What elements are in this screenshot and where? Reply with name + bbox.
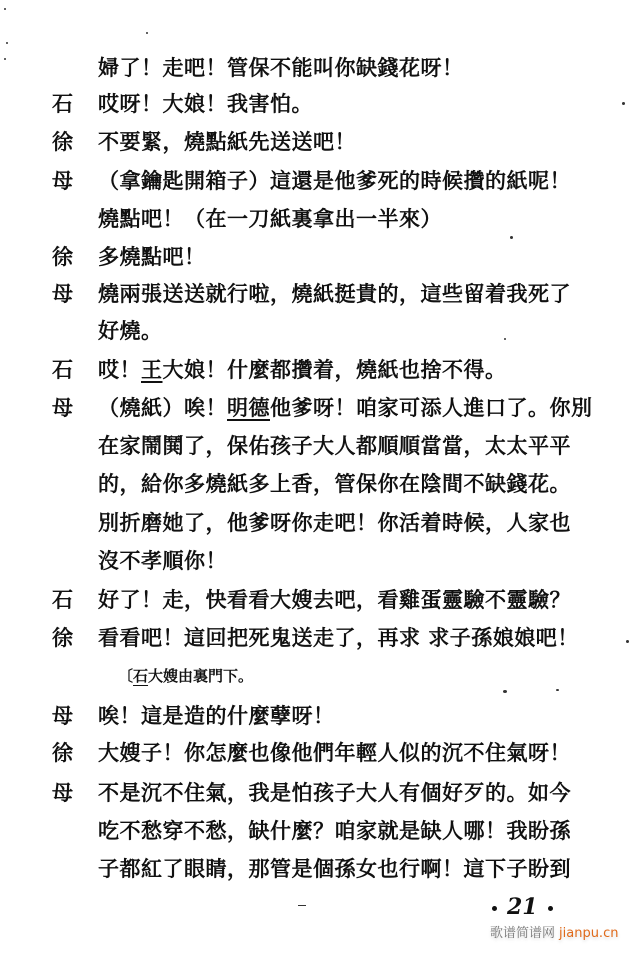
- dialogue-text: 沒不孝順你！: [98, 543, 227, 579]
- dialogue-text: 吃不愁穿不愁，缺什麼？咱家就是缺人哪！我盼孫: [98, 813, 571, 849]
- speaker-label: 石: [52, 352, 73, 388]
- text-line: 石 好了！走，快看看大嫂去吧，看雞蛋靈驗不靈驗？: [0, 582, 640, 618]
- dialogue-text: 燒兩張送送就行啦，燒紙挺貴的，這些留着我死了: [98, 276, 571, 312]
- text-line: 徐 大嫂子！你怎麼也像他們年輕人似的沉不住氣呀！: [0, 735, 640, 771]
- speaker-label: 母: [52, 163, 73, 199]
- speaker-label: 徐: [52, 124, 73, 160]
- text-line: 在家鬧鬨了，保佑孩子大人都順順當當，太太平平: [0, 428, 640, 464]
- text-line: 沒不孝順你！: [0, 543, 640, 579]
- dialogue-text: 哎！王大娘！什麼都攢着，燒紙也捨不得。: [98, 352, 507, 388]
- speaker-label: 徐: [52, 620, 73, 656]
- watermark: 歌谱简谱网jianpu.cn: [490, 922, 618, 941]
- dialogue-text: 不要緊，燒點紙先送送吧！: [98, 124, 356, 160]
- stage-direction-line: 〔石大嫂由裏門下。: [0, 658, 640, 694]
- dialogue-text: 好了！走，快看看大嫂去吧，看雞蛋靈驗不靈驗？: [98, 582, 571, 618]
- text-line: 石 哎！王大娘！什麼都攢着，燒紙也捨不得。: [0, 352, 640, 388]
- dialogue-text: 子都紅了眼睛，那管是個孫女也行啊！這下子盼到: [98, 851, 571, 887]
- speaker-label: 石: [52, 86, 73, 122]
- text-line: 母 唉！這是造的什麼孽呀！: [0, 698, 640, 734]
- text-segment: 大嫂由裏門下。: [148, 667, 253, 685]
- page-number: 21: [482, 894, 563, 920]
- speaker-label: 母: [52, 276, 73, 312]
- bullet-dot: [548, 906, 553, 911]
- text-segment: 哎！: [98, 357, 141, 382]
- dialogue-text: 別折磨她了，他爹呀你走吧！你活着時候，人家也: [98, 505, 571, 541]
- dialogue-text: 婦了！走吧！管保不能叫你缺錢花呀！: [98, 50, 464, 86]
- speaker-label: 母: [52, 698, 73, 734]
- text-line: 徐 看看吧！這回把死鬼送走了，再求 求子孫娘娘吧！: [0, 620, 640, 656]
- text-line: 徐 多燒點吧！: [0, 239, 640, 275]
- text-segment: 大娘！什麼都攢着，燒紙也捨不得。: [163, 357, 507, 382]
- text-line: 燒點吧！（在一刀紙裏拿出一半來）: [0, 201, 640, 237]
- dialogue-text: 不是沉不住氣，我是怕孩子大人有個好歹的。如今: [98, 775, 571, 811]
- dialogue-text: 唉！這是造的什麼孽呀！: [98, 698, 335, 734]
- text-line: 石 哎呀！大娘！我害怕。: [0, 86, 640, 122]
- text-line: 母 燒兩張送送就行啦，燒紙挺貴的，這些留着我死了: [0, 276, 640, 312]
- text-line: 母 （拿鑰匙開箱子）這還是他爹死的時候攢的紙呢！: [0, 163, 640, 199]
- speaker-label: 石: [52, 582, 73, 618]
- dialogue-text: 大嫂子！你怎麼也像他們年輕人似的沉不住氣呀！: [98, 735, 571, 771]
- bracket: 〔: [118, 667, 133, 685]
- text-line: 母 不是沉不住氣，我是怕孩子大人有個好歹的。如今: [0, 775, 640, 811]
- underlined-name: 明德: [227, 395, 270, 420]
- text-line: 的，給你多燒紙多上香，管保你在陰間不缺錢花。: [0, 466, 640, 502]
- stage-direction: 〔石大嫂由裏門下。: [118, 662, 253, 690]
- dialogue-text: 哎呀！大娘！我害怕。: [98, 86, 313, 122]
- speaker-label: 母: [52, 390, 73, 426]
- dialogue-text: 在家鬧鬨了，保佑孩子大人都順順當當，太太平平: [98, 428, 571, 464]
- page-number-value: 21: [507, 894, 538, 920]
- speaker-label: 徐: [52, 239, 73, 275]
- text-line: 別折磨她了，他爹呀你走吧！你活着時候，人家也: [0, 505, 640, 541]
- text-line: 婦了！走吧！管保不能叫你缺錢花呀！: [0, 50, 640, 86]
- underlined-name: 石: [133, 667, 148, 685]
- text-line: 母 （燒紙）唉！明德他爹呀！咱家可添人進口了。你別: [0, 390, 640, 426]
- text-segment: 他爹呀！咱家可添人進口了。你別: [270, 395, 593, 420]
- dialogue-text: 燒點吧！（在一刀紙裏拿出一半來）: [98, 201, 442, 237]
- text-segment: （燒紙）唉！: [98, 395, 227, 420]
- bullet-dot: [492, 906, 497, 911]
- watermark-site-name: 歌谱简谱网: [490, 926, 555, 941]
- watermark-url: jianpu.cn: [559, 926, 618, 941]
- dialogue-text: （燒紙）唉！明德他爹呀！咱家可添人進口了。你別: [98, 390, 593, 426]
- text-line: 子都紅了眼睛，那管是個孫女也行啊！這下子盼到: [0, 851, 640, 887]
- text-line: 徐 不要緊，燒點紙先送送吧！: [0, 124, 640, 160]
- dialogue-text: 看看吧！這回把死鬼送走了，再求 求子孫娘娘吧！: [98, 620, 579, 656]
- text-line: 吃不愁穿不愁，缺什麼？咱家就是缺人哪！我盼孫: [0, 813, 640, 849]
- dialogue-text: （拿鑰匙開箱子）這還是他爹死的時候攢的紙呢！: [98, 163, 571, 199]
- dialogue-text: 多燒點吧！: [98, 239, 206, 275]
- dialogue-text: 好燒。: [98, 313, 163, 349]
- text-line: 好燒。: [0, 313, 640, 349]
- dialogue-text: 的，給你多燒紙多上香，管保你在陰間不缺錢花。: [98, 466, 571, 502]
- underlined-name: 王: [141, 357, 163, 382]
- speaker-label: 母: [52, 775, 73, 811]
- speaker-label: 徐: [52, 735, 73, 771]
